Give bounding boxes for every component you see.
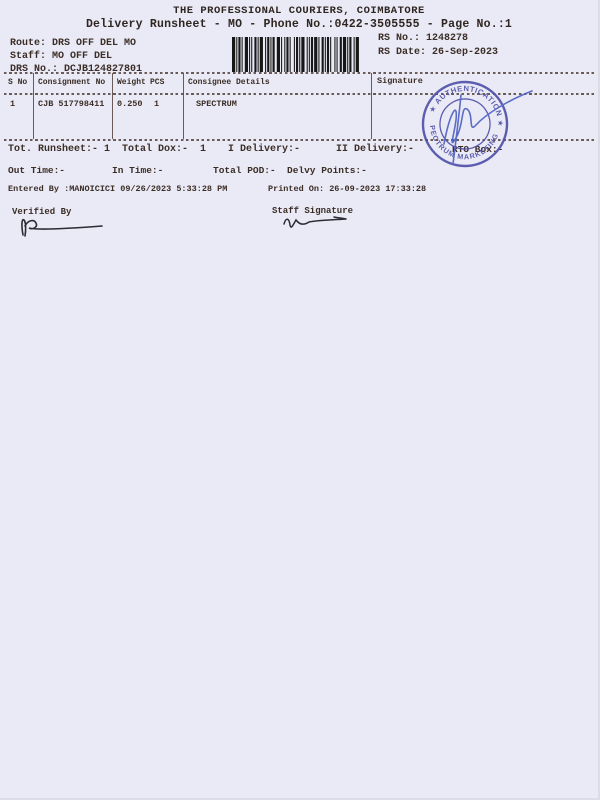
table-col-divider — [112, 73, 113, 139]
runsheet-document: THE PROFESSIONAL COURIERS, COIMBATORE De… — [0, 0, 600, 800]
company-title: THE PROFESSIONAL COURIERS, COIMBATORE — [0, 5, 598, 17]
authentication-stamp: ★ AUTHENTICATION ★ SPECTRUM MARKETING — [408, 78, 538, 170]
total-dox-value: 1 — [200, 144, 206, 156]
table-col-divider — [33, 73, 34, 139]
tot-runsheet: Tot. Runsheet:- 1 — [8, 144, 110, 156]
col-header-sno: S No — [8, 78, 27, 87]
row-consignee: SPECTRUM — [196, 100, 237, 110]
row-pcs: 1 — [154, 100, 159, 110]
row-consignment-no: CJB 517798411 — [38, 100, 104, 110]
col-header-weight: Weight — [117, 78, 146, 87]
route-line: Route: DRS OFF DEL MO — [10, 38, 136, 50]
table-top-rule — [4, 72, 596, 74]
row-weight: 0.250 — [117, 100, 143, 110]
i-delivery: I Delivery:- — [228, 144, 300, 156]
col-header-pcs: PCS — [150, 78, 164, 87]
in-time: In Time:- — [112, 166, 163, 177]
delvy-points: Delvy Points:- — [287, 166, 367, 177]
barcode — [232, 37, 360, 72]
staff-line: Staff: MO OFF DEL — [10, 51, 112, 63]
drs-no-line: DRS No.: DCJB124827801 — [10, 64, 142, 76]
out-time: Out Time:- — [8, 166, 65, 177]
col-header-consignee: Consignee Details — [188, 78, 270, 87]
total-dox-label: Total Dox:- — [122, 144, 188, 156]
rs-no-line: RS No.: 1248278 — [378, 33, 468, 45]
ii-delivery: II Delivery:- — [336, 144, 414, 156]
staff-signature-scribble — [278, 211, 363, 235]
table-col-divider — [183, 73, 184, 139]
printed-on: Printed On: 26-09-2023 17:33:28 — [268, 185, 426, 195]
verified-by-signature-scribble — [18, 214, 108, 240]
row-sno: 1 — [10, 100, 15, 110]
runsheet-title: Delivery Runsheet - MO - Phone No.:0422-… — [0, 18, 598, 31]
rs-date-line: RS Date: 26-Sep-2023 — [378, 47, 498, 59]
table-col-divider — [371, 73, 372, 139]
total-pod: Total POD:- — [213, 166, 276, 177]
col-header-consignment: Consignment No — [38, 78, 105, 87]
entered-by: Entered By :MANOICICI 09/26/2023 5:33:28… — [8, 185, 227, 195]
